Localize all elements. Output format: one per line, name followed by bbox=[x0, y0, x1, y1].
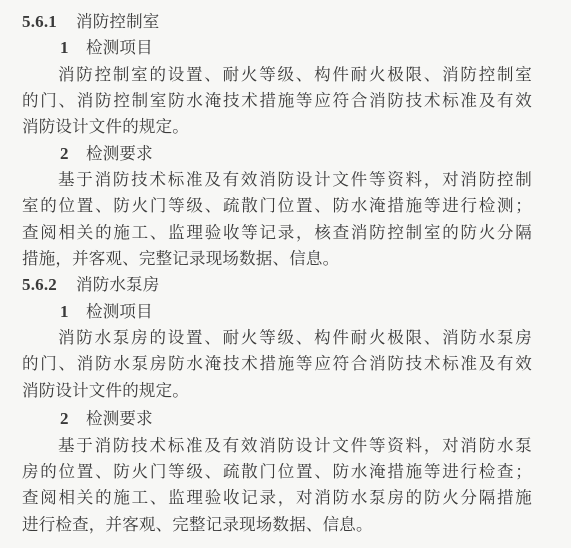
item-title: 检测要求 bbox=[86, 144, 153, 163]
item-number: 1 bbox=[60, 38, 86, 58]
item-heading: 2检测要求 bbox=[60, 409, 153, 429]
section-heading: 5.6.1消防控制室 bbox=[22, 12, 160, 32]
paragraph-line: 进行检查，并客观、完整记录现场数据、信息。 bbox=[22, 515, 373, 535]
paragraph-line: 消防设计文件的规定。 bbox=[22, 381, 189, 401]
item-heading: 1检测项目 bbox=[60, 38, 153, 58]
section-heading: 5.6.2消防水泵房 bbox=[22, 275, 160, 295]
item-title: 检测项目 bbox=[86, 38, 153, 57]
item-title: 检测要求 bbox=[86, 409, 153, 428]
document-page: 5.6.1消防控制室 1检测项目 消防控制室的设置、耐火等级、构件耐火极限、消防… bbox=[0, 0, 571, 548]
item-title: 检测项目 bbox=[86, 302, 153, 321]
section-title: 消防控制室 bbox=[76, 12, 160, 31]
item-number: 1 bbox=[60, 302, 86, 322]
paragraph-line: 消防水泵房的设置、耐火等级、构件耐火极限、消防水泵房 bbox=[58, 328, 532, 348]
item-heading: 2检测要求 bbox=[60, 144, 153, 164]
section-number: 5.6.2 bbox=[22, 275, 76, 295]
item-heading: 1检测项目 bbox=[60, 302, 153, 322]
paragraph-line: 措施，并客观、完整记录现场数据、信息。 bbox=[22, 249, 339, 269]
paragraph-line: 的门、消防水泵房防水淹技术措施等应符合消防技术标准及有效 bbox=[22, 354, 532, 374]
paragraph-line: 消防设计文件的规定。 bbox=[22, 117, 189, 137]
paragraph-line: 的门、消防控制室防水淹技术措施等应符合消防技术标准及有效 bbox=[22, 91, 532, 111]
paragraph-line: 房的位置、防火门等级、疏散门位置、防水淹措施等进行检查； bbox=[22, 462, 532, 482]
paragraph-line: 查阅相关的施工、监理验收等记录，核查消防控制室的防火分隔 bbox=[22, 223, 532, 243]
paragraph-line: 基于消防技术标准及有效消防设计文件等资料，对消防控制 bbox=[58, 170, 532, 190]
item-number: 2 bbox=[60, 409, 86, 429]
paragraph-line: 查阅相关的施工、监理验收记录，对消防水泵房的防火分隔措施 bbox=[22, 488, 532, 508]
paragraph-line: 基于消防技术标准及有效消防设计文件等资料，对消防水泵 bbox=[58, 436, 532, 456]
paragraph-line: 消防控制室的设置、耐火等级、构件耐火极限、消防控制室 bbox=[58, 65, 532, 85]
item-number: 2 bbox=[60, 144, 86, 164]
paragraph-line: 室的位置、防火门等级、疏散门位置、防水淹措施等进行检测； bbox=[22, 196, 532, 216]
section-number: 5.6.1 bbox=[22, 12, 76, 32]
section-title: 消防水泵房 bbox=[76, 275, 160, 294]
